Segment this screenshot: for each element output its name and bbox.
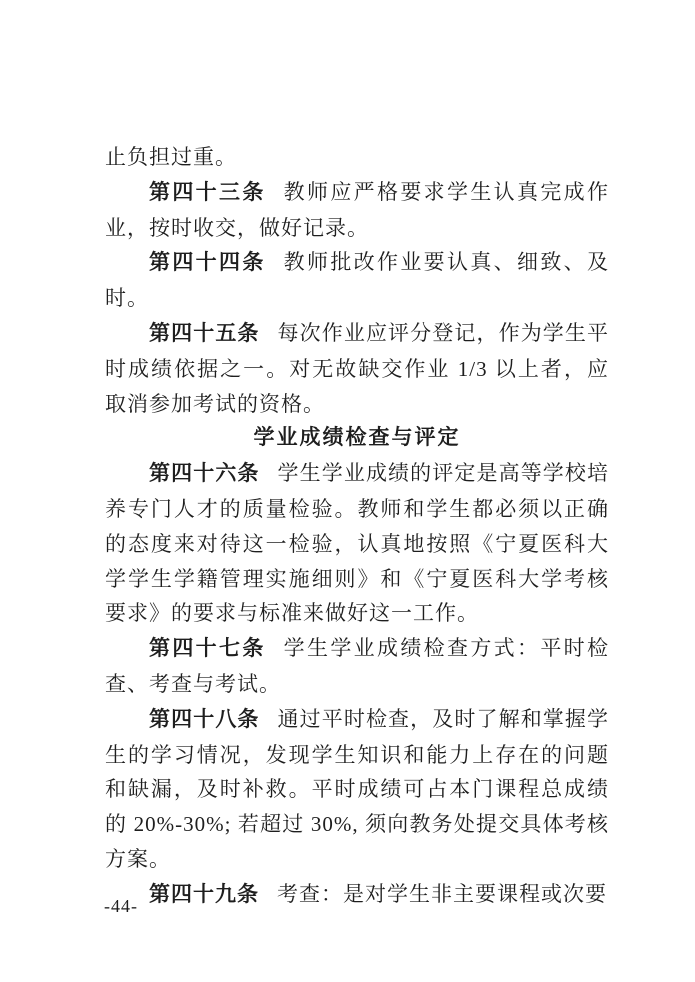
article-paragraph: 第四十八条通过平时检查，及时了解和掌握学生的学习情况，发现学生知识和能力上存在的… xyxy=(105,702,609,877)
article-number: 第四十六条 xyxy=(149,462,260,485)
article-paragraph: 第四十五条每次作业应评分登记，作为学生平时成绩依据之一。对无故缺交作业 1/3 … xyxy=(105,316,609,421)
document-page: 止负担过重。第四十三条教师应严格要求学生认真完成作业，按时收交，做好记录。第四十… xyxy=(0,0,695,982)
article-paragraph: 第四十七条学生学业成绩检查方式：平时检查、考查与考试。 xyxy=(105,631,609,702)
article-number: 第四十五条 xyxy=(149,322,260,345)
article-number: 第四十九条 xyxy=(149,883,259,906)
document-body: 止负担过重。第四十三条教师应严格要求学生认真完成作业，按时收交，做好记录。第四十… xyxy=(105,140,609,913)
section-heading: 学业成绩检查与评定 xyxy=(105,421,609,456)
article-paragraph: 第四十四条教师批改作业要认真、细致、及时。 xyxy=(105,245,609,316)
article-number: 第四十八条 xyxy=(149,708,260,731)
continuation-paragraph: 止负担过重。 xyxy=(105,140,609,175)
article-paragraph: 第四十九条考查：是对学生非主要课程或次要 xyxy=(105,877,609,913)
article-paragraph: 第四十六条学生学业成绩的评定是高等学校培养专门人才的质量检验。教师和学生都必须以… xyxy=(105,456,609,631)
article-number: 第四十四条 xyxy=(149,251,266,274)
page-number: -44- xyxy=(104,896,138,917)
article-number: 第四十三条 xyxy=(149,181,266,204)
article-number: 第四十七条 xyxy=(149,637,266,660)
article-paragraph: 第四十三条教师应严格要求学生认真完成作业，按时收交，做好记录。 xyxy=(105,175,609,246)
